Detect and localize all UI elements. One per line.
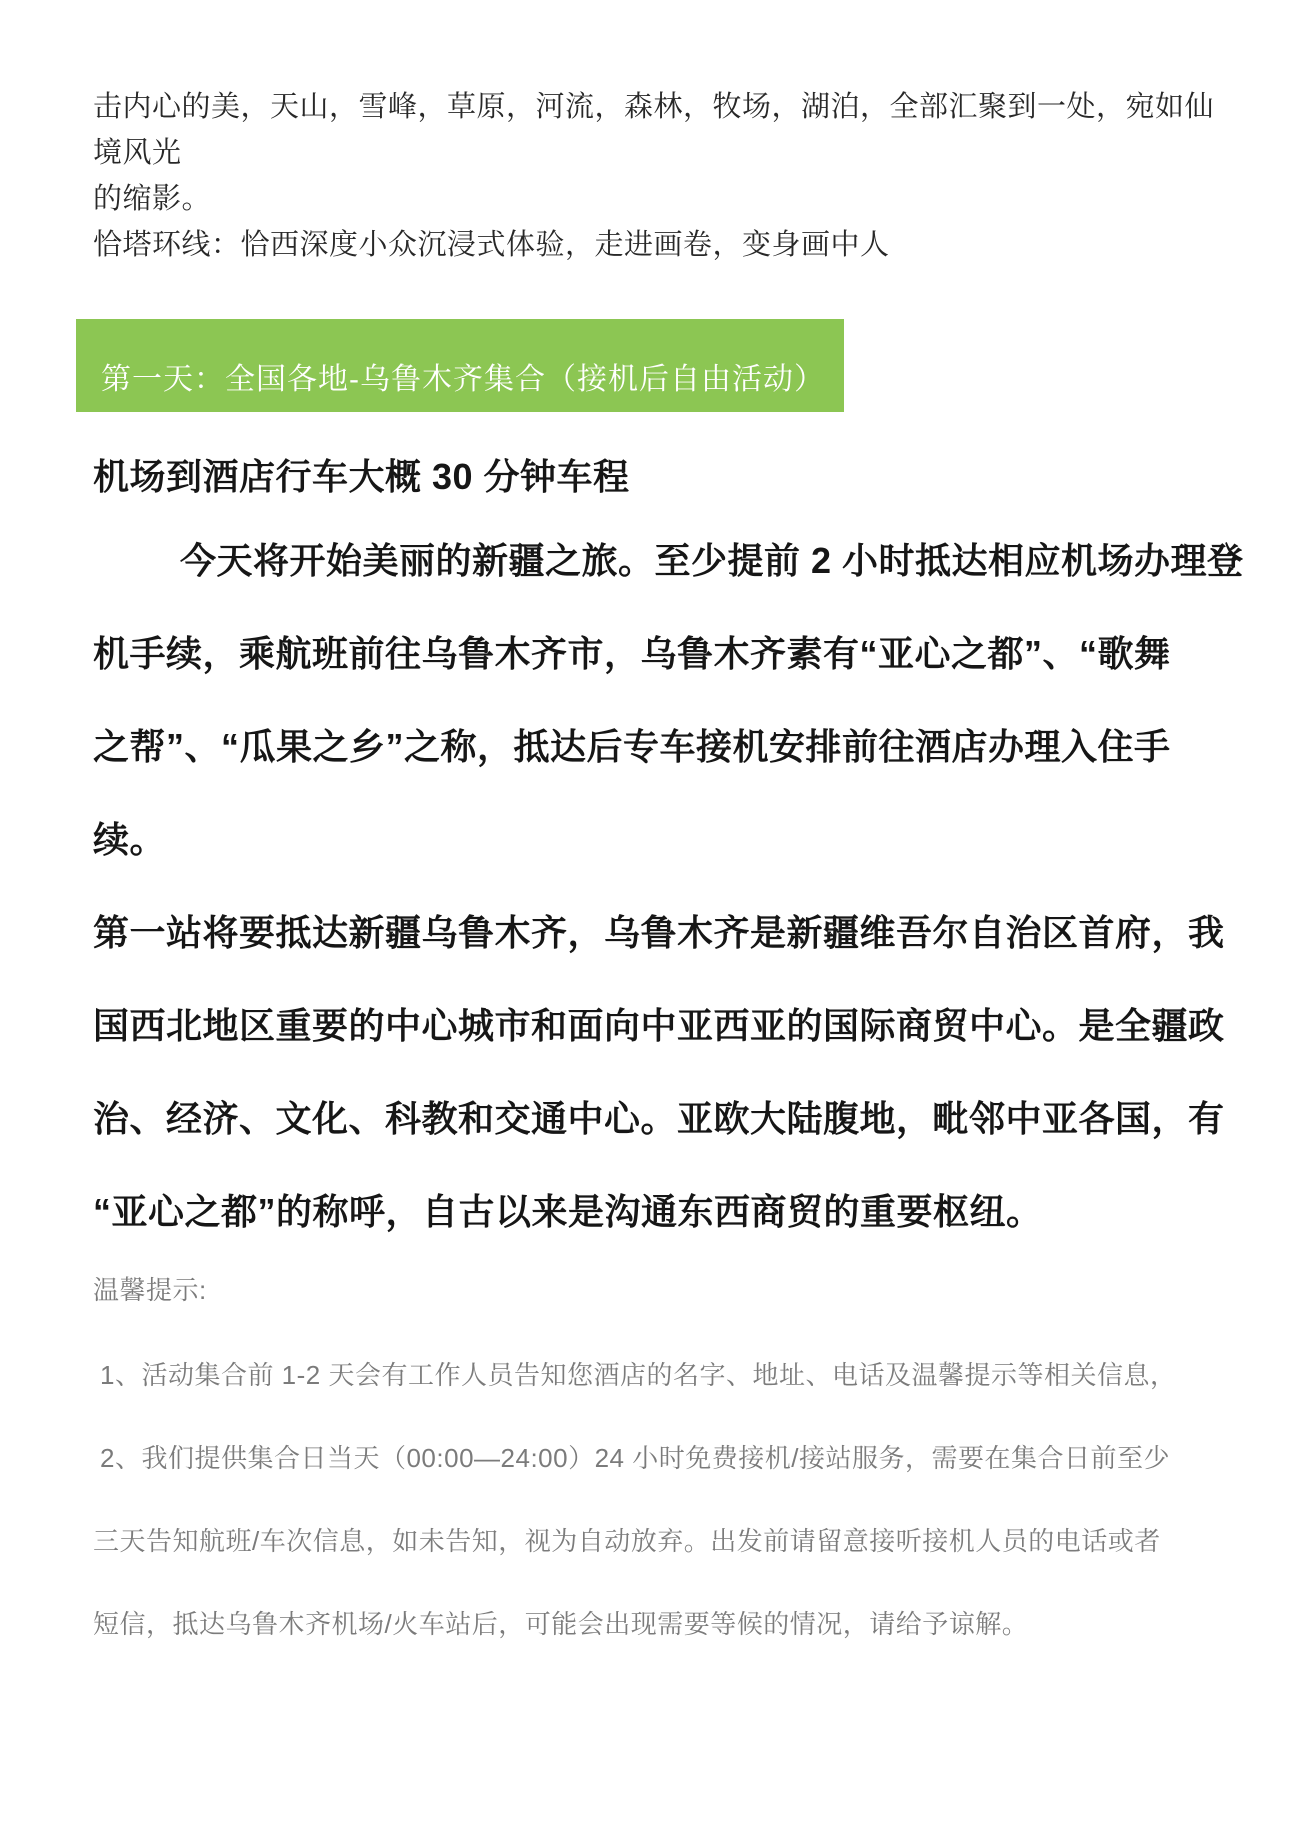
paragraph-line: 之帮”、“瓜果之乡”之称，抵达后专车接机安排前往酒店办理入住手: [93, 700, 1233, 793]
paragraph-line: 机手续，乘航班前往乌鲁木齐市，乌鲁木齐素有“亚心之都”、“歌舞: [93, 607, 1233, 700]
intro-line: 击内心的美，天山，雪峰，草原，河流，森林，牧场，湖泊，全部汇聚到一处，宛如仙境风…: [93, 84, 1228, 176]
intro-paragraph: 击内心的美，天山，雪峰，草原，河流，森林，牧场，湖泊，全部汇聚到一处，宛如仙境风…: [93, 84, 1228, 268]
day1-header-title: 第一天：全国各地-乌鲁木齐集合（接机后自由活动）: [101, 362, 825, 398]
itinerary-paragraph-2: 第一站将要抵达新疆乌鲁木齐，乌鲁木齐是新疆维吾尔自治区首府，我 国西北地区重要的…: [93, 886, 1233, 1258]
intro-route-line: 恰塔环线：恰西深度小众沉浸式体验，走进画卷，变身画中人: [93, 222, 1228, 268]
itinerary-paragraph-1: 今天将开始美丽的新疆之旅。至少提前 2 小时抵达相应机场办理登 机手续，乘航班前…: [93, 514, 1233, 886]
paragraph-line: 第一站将要抵达新疆乌鲁木齐，乌鲁木齐是新疆维吾尔自治区首府，我: [93, 886, 1233, 979]
tip-line: 短信，抵达乌鲁木齐机场/火车站后，可能会出现需要等候的情况，请给予谅解。: [93, 1583, 1233, 1666]
document-page: 击内心的美，天山，雪峰，草原，河流，森林，牧场，湖泊，全部汇聚到一处，宛如仙境风…: [0, 0, 1295, 1832]
paragraph-line: 治、经济、文化、科教和交通中心。亚欧大陆腹地，毗邻中亚各国，有: [93, 1072, 1233, 1165]
transfer-note: 机场到酒店行车大概 30 分钟车程: [93, 452, 1233, 502]
tip-item-1: 1、活动集合前 1-2 天会有工作人员告知您酒店的名字、地址、电话及温馨提示等相…: [93, 1334, 1233, 1417]
tip-line: 三天告知航班/车次信息，如未告知，视为自动放弃。出发前请留意接听接机人员的电话或…: [93, 1500, 1233, 1583]
tip-item-2: 2、我们提供集合日当天（00:00—24:00）24 小时免费接机/接站服务，需…: [93, 1417, 1233, 1666]
tip-line: 2、我们提供集合日当天（00:00—24:00）24 小时免费接机/接站服务，需…: [93, 1417, 1233, 1500]
paragraph-line: “亚心之都”的称呼，自古以来是沟通东西商贸的重要枢纽。: [93, 1165, 1233, 1258]
intro-line: 的缩影。: [93, 176, 1228, 222]
tips-heading: 温馨提示:: [93, 1254, 1233, 1326]
paragraph-line: 今天将开始美丽的新疆之旅。至少提前 2 小时抵达相应机场办理登: [93, 514, 1233, 607]
tip-line: 1、活动集合前 1-2 天会有工作人员告知您酒店的名字、地址、电话及温馨提示等相…: [93, 1334, 1233, 1417]
day1-itinerary-section: 机场到酒店行车大概 30 分钟车程 今天将开始美丽的新疆之旅。至少提前 2 小时…: [93, 452, 1233, 1258]
day1-header-bar: 第一天：全国各地-乌鲁木齐集合（接机后自由活动）: [76, 319, 844, 412]
tips-section: 温馨提示: 1、活动集合前 1-2 天会有工作人员告知您酒店的名字、地址、电话及…: [93, 1254, 1233, 1666]
paragraph-line: 国西北地区重要的中心城市和面向中亚西亚的国际商贸中心。是全疆政: [93, 979, 1233, 1072]
paragraph-line: 续。: [93, 793, 1233, 886]
